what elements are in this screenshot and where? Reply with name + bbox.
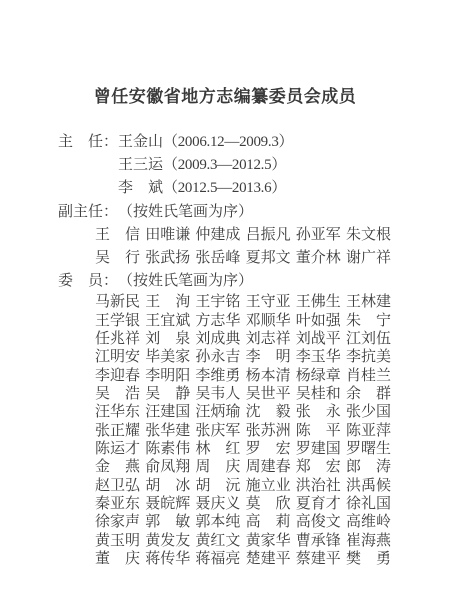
member-name: 张正耀 (95, 422, 140, 440)
member-name: 吕振凡 (246, 224, 291, 247)
member-name: 秦亚东 (95, 495, 140, 513)
member-name: 陈亚萍 (346, 422, 391, 440)
member-name: 刘志祥 (246, 330, 291, 348)
name-row: 汪华东汪建国汪炳瑜沈 毅张 永张少国 (95, 403, 391, 421)
member-name: 高俊文 (296, 513, 341, 531)
chairman-name: 王金山 (118, 134, 163, 150)
chairman-line: 主 任：王金山（2006.12—2009.3） (58, 131, 450, 154)
member-name: 刘 泉 (145, 330, 190, 348)
member-name: 郭 敏 (145, 513, 190, 531)
sort-note: （按姓氏笔画为序） (118, 273, 253, 289)
member-name: 刘战平 (296, 330, 341, 348)
sort-note: （按姓氏笔画为序） (118, 204, 253, 220)
member-name: 吴 静 (145, 385, 190, 403)
member-name: 施立业 (246, 477, 291, 495)
member-name: 吴 浩 (95, 385, 140, 403)
member-name: 李 明 (246, 348, 291, 366)
member-name: 郭本纯 (195, 513, 240, 531)
member-name: 朱文根 (346, 224, 391, 247)
member-name: 汪华东 (95, 403, 140, 421)
member-name: 杨本清 (246, 367, 291, 385)
member-name: 黄玉明 (95, 532, 140, 550)
section-header: 副主任：（按姓氏笔画为序） (58, 201, 450, 224)
name-row: 王学银王宜斌方志华邓顺华叶如强朱 宁 (95, 312, 391, 330)
member-name: 楚建平 (246, 550, 291, 568)
member-name: 叶如强 (296, 312, 341, 330)
member-name: 吴韦人 (195, 385, 240, 403)
member-name: 方志华 (195, 312, 240, 330)
member-name: 孙亚军 (296, 224, 341, 247)
member-name: 江刘伍 (346, 330, 391, 348)
member-name: 蒋福亮 (195, 550, 240, 568)
chairman-term: （2012.5—2013.6） (163, 180, 286, 196)
member-name: 谢广祥 (346, 247, 391, 270)
member-name: 徐礼国 (346, 495, 391, 513)
name-row: 徐家声郭 敏郭本纯高 莉高俊文高维岭 (95, 513, 391, 531)
member-name: 崔海燕 (346, 532, 391, 550)
member-name: 董介林 (296, 247, 341, 270)
section-label: 副主任： (58, 201, 118, 224)
chairman-term: （2006.12—2009.3） (163, 134, 293, 150)
name-row: 吴 浩吴 静吴韦人吴世平吴桂和余 群 (95, 385, 391, 403)
member-name: 陈 平 (296, 422, 341, 440)
member-name: 田唯谦 (145, 224, 190, 247)
name-row: 赵卫弘胡 冰胡 沅施立业洪治社洪禹候 (95, 477, 391, 495)
chairman-line: 王三运（2009.3—2012.5） (58, 154, 450, 177)
chairman-name: 李 斌 (118, 180, 163, 196)
section-label: 委 员： (58, 270, 118, 293)
member-name: 毕美家 (145, 348, 190, 366)
member-name: 任兆祥 (95, 330, 140, 348)
document-content: 主 任：王金山（2006.12—2009.3）王三运（2009.3—2012.5… (58, 131, 450, 568)
name-row: 张正耀张华建张庆军张苏洲陈 平陈亚萍 (95, 422, 391, 440)
member-name: 董 庆 (95, 550, 140, 568)
members-section: 委 员：（按姓氏笔画为序）马新民王 洵王宇铭王守亚王佛生王林建王学银王宜斌方志华… (58, 270, 450, 568)
member-name: 肖桂兰 (346, 367, 391, 385)
member-name: 张华建 (145, 422, 190, 440)
member-name: 李抗美 (346, 348, 391, 366)
page-title: 曾任安徽省地方志编纂委员会成员 (0, 0, 450, 107)
member-name: 张庆军 (195, 422, 240, 440)
member-name: 李明阳 (145, 367, 190, 385)
member-name: 汪炳瑜 (195, 403, 240, 421)
member-name: 李维勇 (195, 367, 240, 385)
member-name: 沈 毅 (246, 403, 291, 421)
member-name: 吴桂和 (296, 385, 341, 403)
member-name: 汪建国 (145, 403, 190, 421)
document-page: 曾任安徽省地方志编纂委员会成员 主 任：王金山（2006.12—2009.3）王… (0, 0, 450, 610)
member-name: 周 庆 (195, 458, 240, 476)
member-name: 李迎春 (95, 367, 140, 385)
name-row: 吴 行张武扬张岳峰夏邦文董介林谢广祥 (95, 247, 391, 270)
member-name: 樊 勇 (346, 550, 391, 568)
member-name: 洪禹候 (346, 477, 391, 495)
member-name: 徐家声 (95, 513, 140, 531)
name-row: 任兆祥刘 泉刘成典刘志祥刘战平江刘伍 (95, 330, 391, 348)
member-name: 黄家华 (246, 532, 291, 550)
member-name: 郎 涛 (346, 458, 391, 476)
member-name: 洪治社 (296, 477, 341, 495)
member-name: 王宜斌 (145, 312, 190, 330)
member-name: 张苏洲 (246, 422, 291, 440)
member-name: 俞凤翔 (145, 458, 190, 476)
member-name: 黄发友 (145, 532, 190, 550)
name-row: 李迎春李明阳李维勇杨本清杨绿章肖桂兰 (95, 367, 391, 385)
member-name: 吴世平 (246, 385, 291, 403)
member-name: 张少国 (346, 403, 391, 421)
member-name: 王 洵 (145, 293, 190, 311)
member-name: 陈运才 (95, 440, 140, 458)
member-name: 朱 宁 (346, 312, 391, 330)
member-name: 王学银 (95, 312, 140, 330)
member-name: 王 信 (95, 224, 140, 247)
member-name: 王佛生 (296, 293, 341, 311)
member-name: 杨绿章 (296, 367, 341, 385)
chairman-name: 王三运 (118, 157, 163, 173)
member-name: 聂皖辉 (145, 495, 190, 513)
chairman-section: 主 任：王金山（2006.12—2009.3）王三运（2009.3—2012.5… (58, 131, 450, 201)
name-row: 陈运才陈素伟林 红罗 宏罗建国罗曙生 (95, 440, 391, 458)
member-name: 陈素伟 (145, 440, 190, 458)
member-name: 王林建 (346, 293, 391, 311)
member-name: 莫 欣 (246, 495, 291, 513)
member-name: 周建春 (246, 458, 291, 476)
member-name: 张武扬 (145, 247, 190, 270)
member-name: 高 莉 (246, 513, 291, 531)
member-name: 仲建成 (195, 224, 240, 247)
member-name: 蔡建平 (296, 550, 341, 568)
member-name: 夏育才 (296, 495, 341, 513)
member-name: 李玉华 (296, 348, 341, 366)
member-name: 郑 宏 (296, 458, 341, 476)
name-row: 马新民王 洵王宇铭王守亚王佛生王林建 (95, 293, 391, 311)
name-row: 江明安毕美家孙永吉李 明李玉华李抗美 (95, 348, 391, 366)
name-row: 金 燕俞凤翔周 庆周建春郑 宏郎 涛 (95, 458, 391, 476)
member-name: 胡 冰 (145, 477, 190, 495)
member-name: 马新民 (95, 293, 140, 311)
member-name: 黄红文 (195, 532, 240, 550)
member-name: 张岳峰 (195, 247, 240, 270)
member-name: 余 群 (346, 385, 391, 403)
vice-chairman-section: 副主任：（按姓氏笔画为序）王 信田唯谦仲建成吕振凡孙亚军朱文根吴 行张武扬张岳峰… (58, 201, 450, 271)
member-name: 张 永 (296, 403, 341, 421)
name-row: 董 庆蒋传华蒋福亮楚建平蔡建平樊 勇 (95, 550, 391, 568)
member-name: 夏邦文 (246, 247, 291, 270)
name-row: 黄玉明黄发友黄红文黄家华曹承锋崔海燕 (95, 532, 391, 550)
chairman-line: 李 斌（2012.5—2013.6） (58, 177, 450, 200)
member-name: 赵卫弘 (95, 477, 140, 495)
member-name: 吴 行 (95, 247, 140, 270)
member-name: 邓顺华 (246, 312, 291, 330)
section-label: 主 任： (58, 131, 118, 154)
member-name: 罗建国 (296, 440, 341, 458)
name-row: 王 信田唯谦仲建成吕振凡孙亚军朱文根 (95, 224, 391, 247)
member-name: 王守亚 (246, 293, 291, 311)
member-name: 聂庆义 (195, 495, 240, 513)
member-name: 江明安 (95, 348, 140, 366)
member-name: 高维岭 (346, 513, 391, 531)
member-name: 金 燕 (95, 458, 140, 476)
member-name: 蒋传华 (145, 550, 190, 568)
member-name: 林 红 (195, 440, 240, 458)
member-name: 孙永吉 (195, 348, 240, 366)
member-name: 胡 沅 (195, 477, 240, 495)
member-name: 罗 宏 (246, 440, 291, 458)
name-row: 秦亚东聂皖辉聂庆义莫 欣夏育才徐礼国 (95, 495, 391, 513)
member-name: 王宇铭 (195, 293, 240, 311)
member-name: 曹承锋 (296, 532, 341, 550)
section-header: 委 员：（按姓氏笔画为序） (58, 270, 450, 293)
member-name: 刘成典 (195, 330, 240, 348)
member-name: 罗曙生 (346, 440, 391, 458)
chairman-term: （2009.3—2012.5） (163, 157, 286, 173)
